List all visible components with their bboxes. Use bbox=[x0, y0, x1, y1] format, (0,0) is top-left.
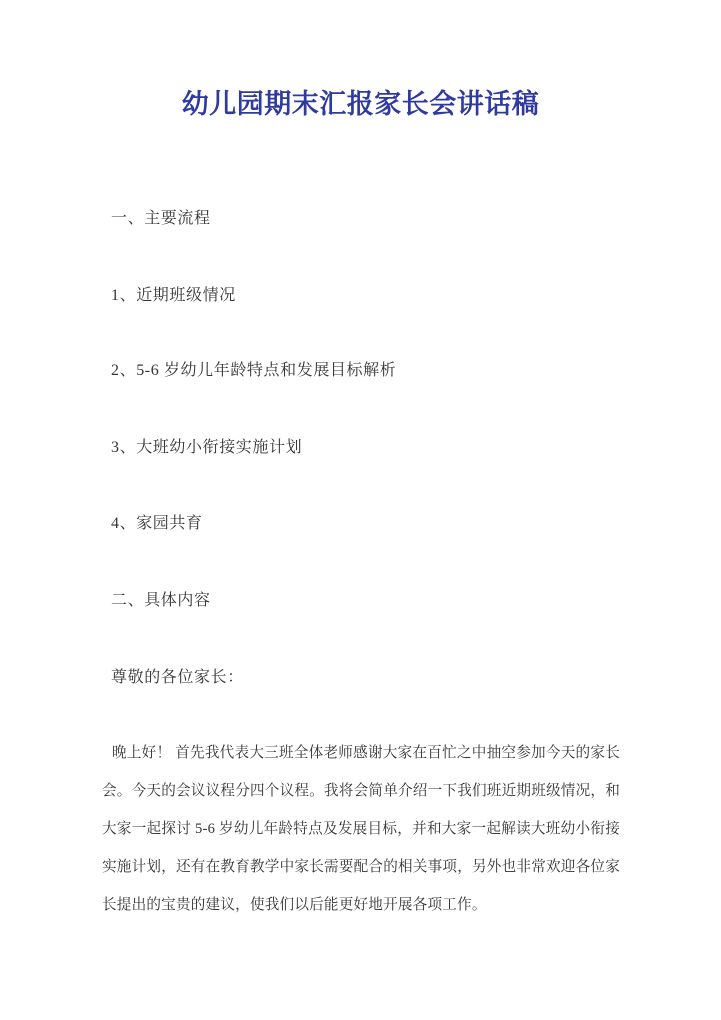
outline-item-3: 3、大班幼小衔接实施计划 bbox=[111, 434, 302, 457]
body-paragraph: 晚上好！ 首先我代表大三班全体老师感谢大家在百忙之中抽空参加今天的家长会。今天的… bbox=[102, 734, 620, 924]
outline-section-heading-1: 一、主要流程 bbox=[111, 205, 211, 228]
salutation: 尊敬的各位家长： bbox=[111, 664, 244, 687]
document-page: 幼儿园期末汇报家长会讲话稿 一、主要流程 1、近期班级情况 2、5-6 岁幼儿年… bbox=[0, 0, 721, 1020]
outline-item-2: 2、5-6 岁幼儿年龄特点和发展目标解析 bbox=[111, 357, 396, 380]
document-title: 幼儿园期末汇报家长会讲话稿 bbox=[0, 82, 721, 121]
outline-item-1: 1、近期班级情况 bbox=[111, 282, 236, 305]
outline-item-4: 4、家园共育 bbox=[111, 510, 203, 533]
outline-section-heading-2: 二、具体内容 bbox=[111, 587, 211, 610]
